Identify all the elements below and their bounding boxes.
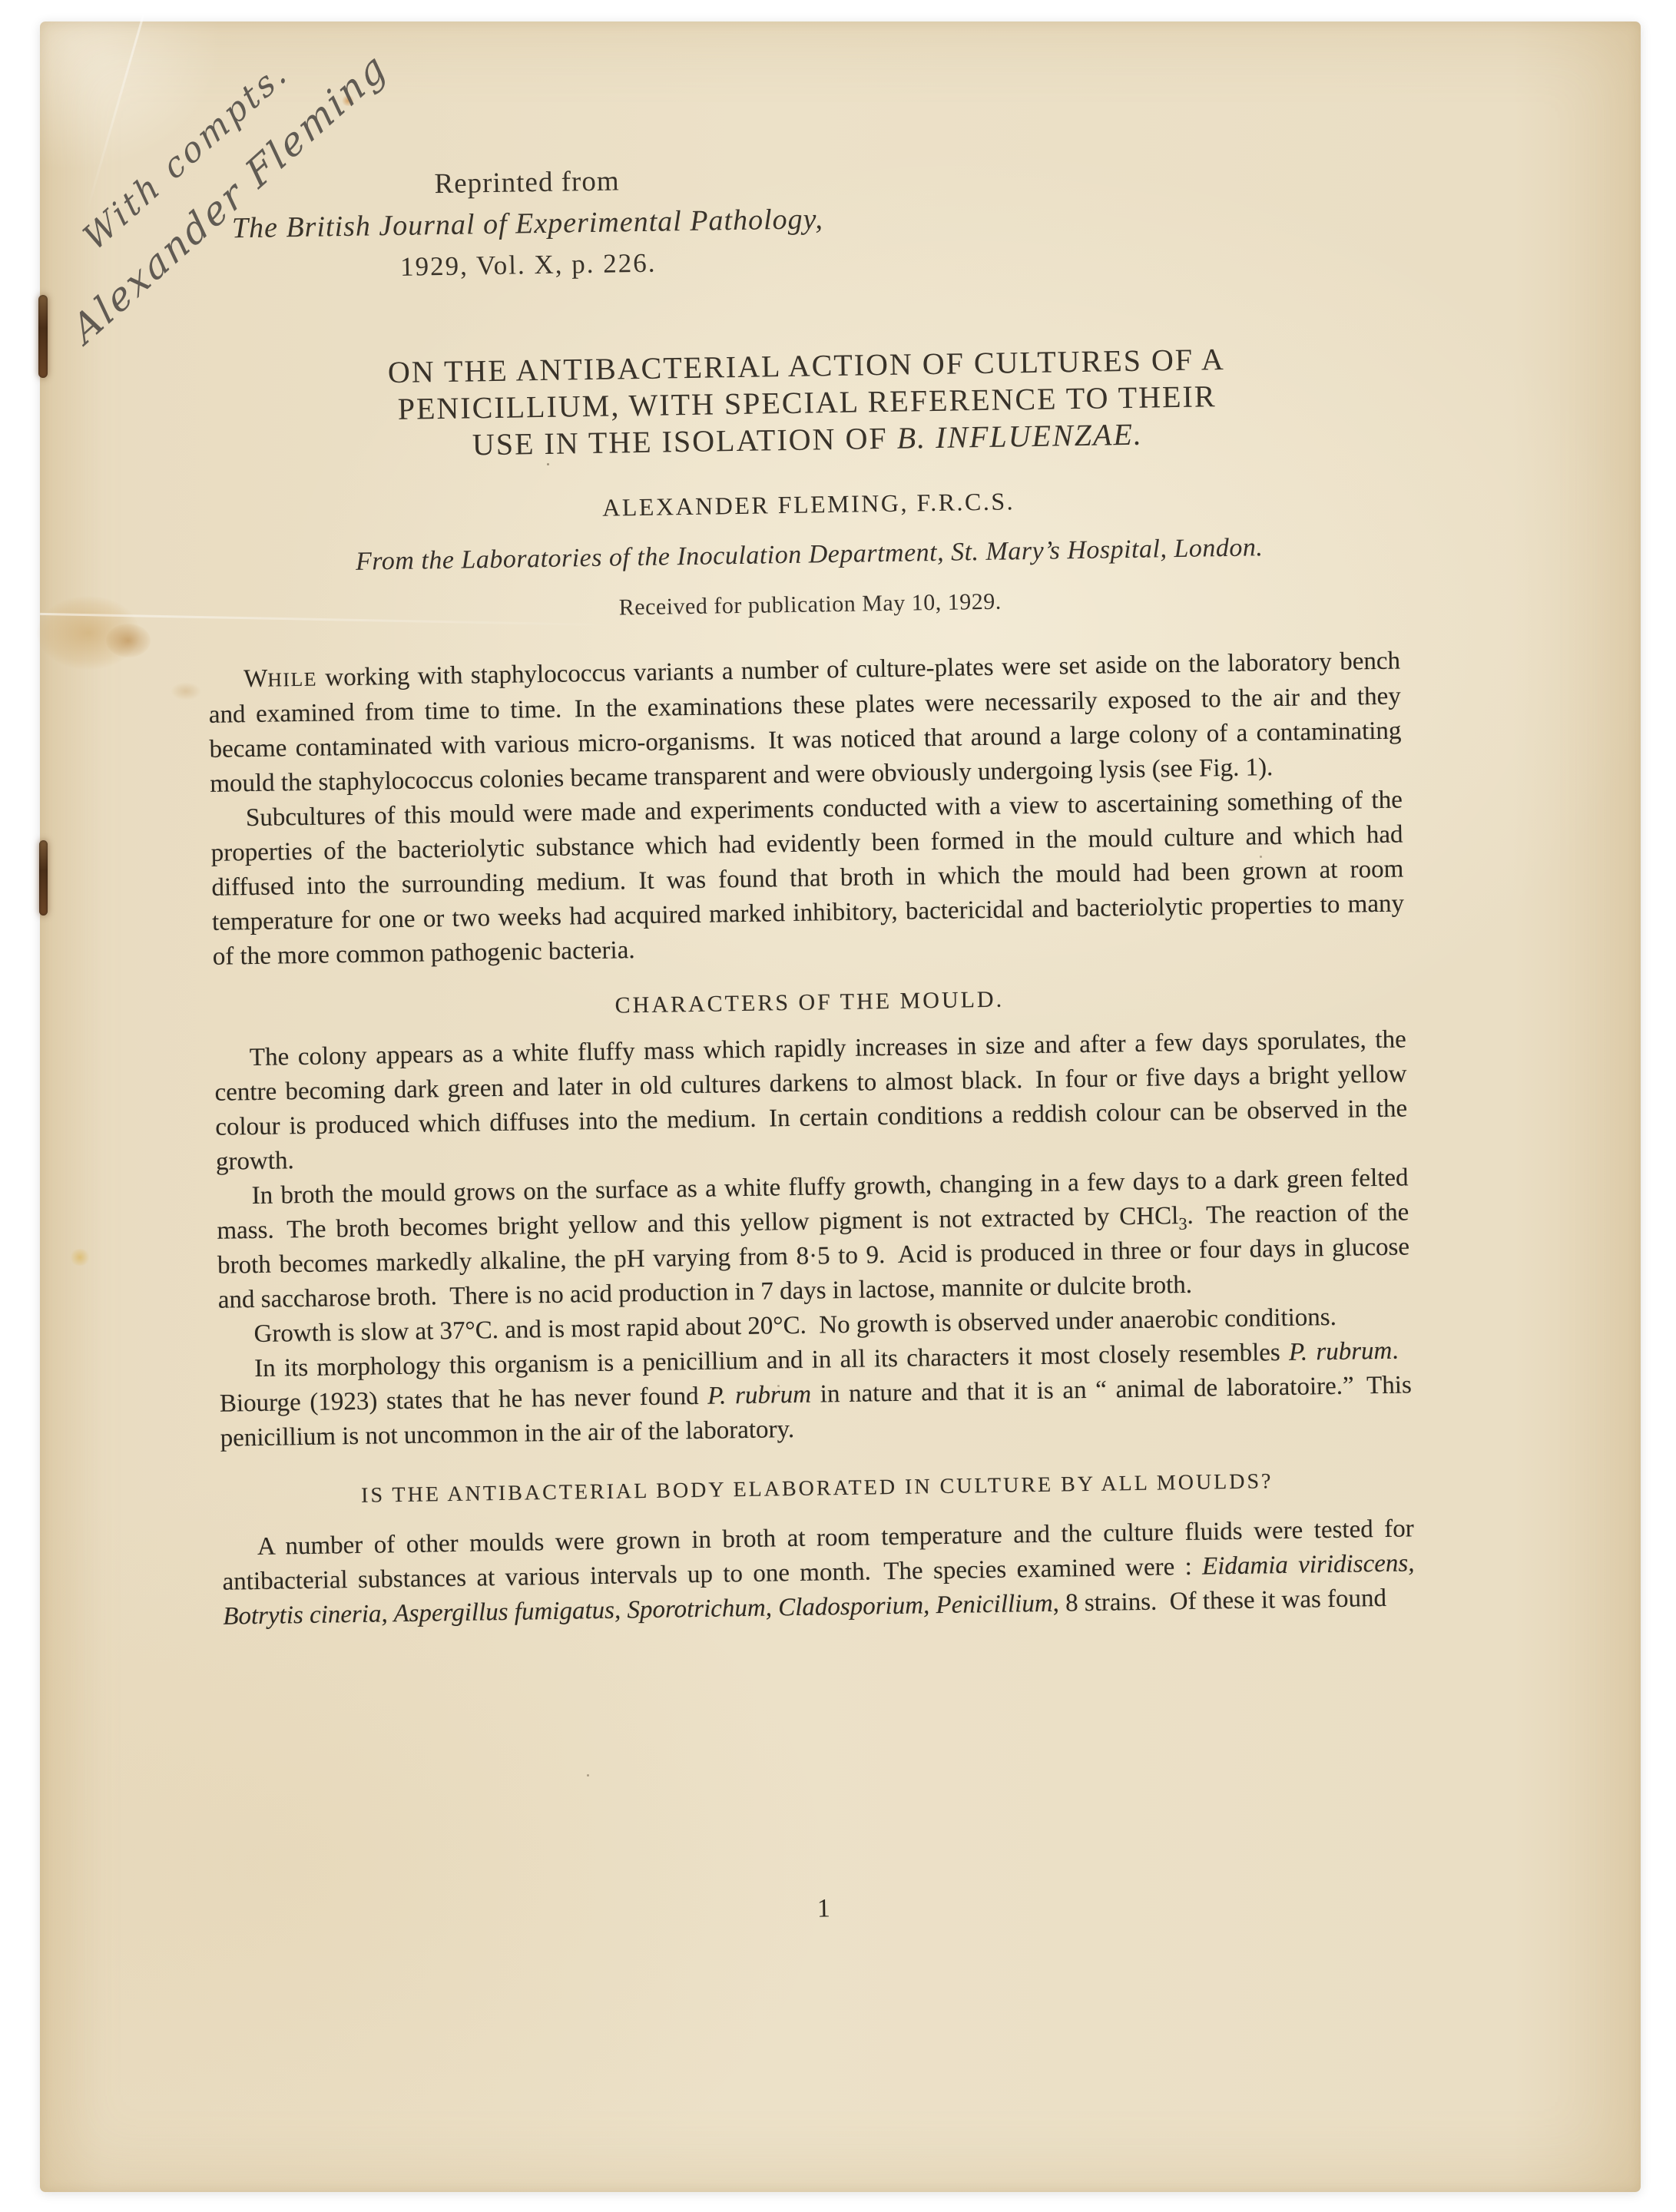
paper-page: With compts. Alexander Fleming Reprinted…: [40, 22, 1641, 2192]
section-heading-antibacterial-body-all-moulds: IS THE ANTIBACTERIAL BODY ELABORATED IN …: [221, 1462, 1414, 1515]
author-name: ALEXANDER FLEMING, F.R.C.S.: [155, 480, 1461, 529]
page-number: 1: [227, 1885, 1419, 1932]
paragraph-introduction-2: Subcultures of this mould were made and …: [210, 783, 1405, 974]
paragraph-morphology: In its morphology this organism is a pen…: [219, 1333, 1413, 1455]
page-content: With compts. Alexander Fleming Reprinted…: [23, 9, 1658, 2204]
author-affiliation: From the Laboratories of the Inoculation…: [157, 530, 1462, 580]
title-block: ON THE ANTIBACTERIAL ACTION OF CULTURES …: [154, 337, 1463, 628]
article-body: WHILE working with staphylococcus varian…: [208, 644, 1416, 1634]
paragraph-broth-growth: In broth the mould grows on the surface …: [216, 1161, 1410, 1317]
paragraph-colony-appearance: The colony appears as a white fluffy mas…: [214, 1022, 1409, 1179]
received-for-publication-note: Received for publication May 10, 1929.: [157, 581, 1463, 628]
section-heading-characters-of-the-mould: CHARACTERS OF THE MOULD.: [214, 975, 1406, 1028]
masthead: Reprinted from The British Journal of Ex…: [216, 158, 840, 291]
paragraph-other-moulds: A number of other moulds were grown in b…: [222, 1512, 1416, 1634]
article-title: ON THE ANTIBACTERIAL ACTION OF CULTURES …: [154, 337, 1461, 469]
paragraph-introduction-1: WHILE working with staphylococcus varian…: [208, 644, 1403, 801]
